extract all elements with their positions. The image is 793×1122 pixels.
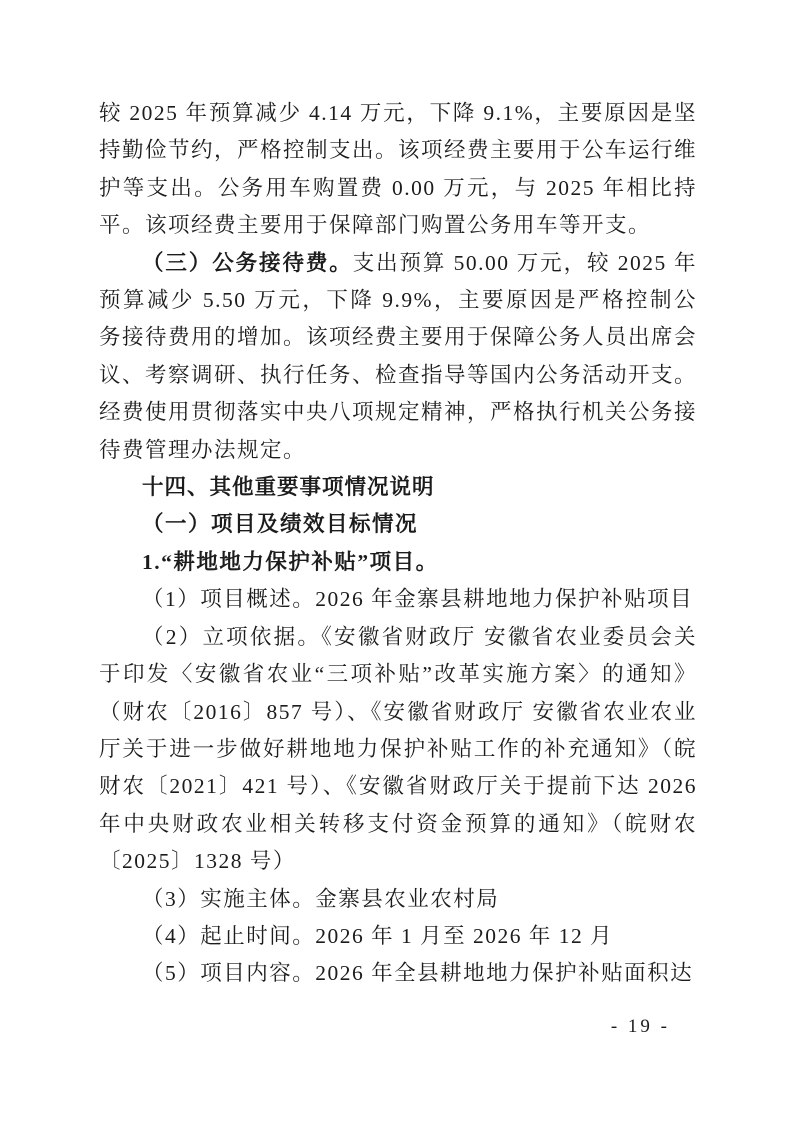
- document-page: 较 2025 年预算减少 4.14 万元，下降 9.1%，主要原因是坚持勤俭节约…: [0, 0, 793, 1122]
- paragraph-p-basis: （2）立项依据。《安徽省财政厅 安徽省农业委员会关于印发〈安徽省农业“三项补贴”…: [99, 619, 697, 881]
- paragraph-p-implementer: （3）实施主体。金寨县农业农村局: [99, 881, 697, 918]
- page-number: - 19 -: [611, 1016, 670, 1038]
- paragraph-p-content: （5）项目内容。2026 年全县耕地地力保护补贴面积达: [99, 955, 697, 992]
- paragraph-lead: （一）项目及绩效目标情况: [142, 512, 418, 536]
- paragraph-p-duration: （4）起止时间。2026 年 1 月至 2026 年 12 月: [99, 918, 697, 955]
- paragraph-lead: （三）公务接待费。: [142, 251, 353, 275]
- paragraph-h-section-14: 十四、其他重要事项情况说明: [99, 469, 697, 506]
- paragraph-lead: 1.“耕地地力保护补贴”项目。: [142, 550, 439, 574]
- paragraph-p-overview: （1）项目概述。2026 年金寨县耕地地力保护补贴项目: [99, 581, 697, 618]
- paragraph-h-sub-1: （一）项目及绩效目标情况: [99, 506, 697, 543]
- paragraph-p-official-car: 较 2025 年预算减少 4.14 万元，下降 9.1%，主要原因是坚持勤俭节约…: [99, 95, 697, 245]
- paragraph-lead: 十四、其他重要事项情况说明: [142, 475, 435, 499]
- paragraph-p-reception-fee: （三）公务接待费。支出预算 50.00 万元，较 2025 年预算减少 5.50…: [99, 245, 697, 469]
- paragraph-h-project-1: 1.“耕地地力保护补贴”项目。: [99, 544, 697, 581]
- document-body: 较 2025 年预算减少 4.14 万元，下降 9.1%，主要原因是坚持勤俭节约…: [99, 95, 697, 993]
